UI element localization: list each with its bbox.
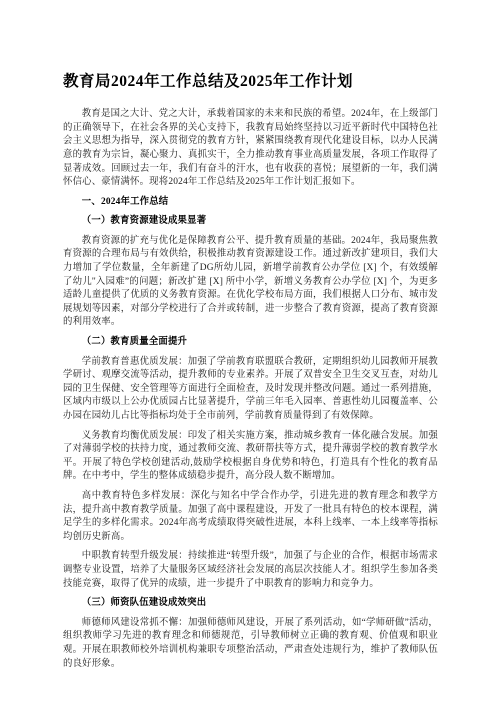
subsection-heading-teachers: （三）师资队伍建设成效突出 <box>63 597 438 611</box>
compulsory-education-paragraph: 义务教育均衡优质发展：印发了相关实施方案，推动城乡教育一体化融合发展。加强了对薄… <box>63 430 438 484</box>
teacher-ethics-paragraph: 师德师风建设常抓不懈：加强师德师风建设，开展了系列活动，如“学师研做”活动，组织… <box>63 617 438 671</box>
vocational-paragraph: 中职教育转型升级发展：持续推进“转型升级”，加强了与企业的合作，根据市场需求调整… <box>63 550 438 591</box>
resources-paragraph: 教育资源的扩充与优化是保障教育公平、提升教育质量的基础。2024年，我局聚焦教育… <box>63 235 438 330</box>
subsection-heading-quality: （二）教育质量全面提升 <box>63 336 438 350</box>
section-heading-2024-summary: 一、2024年工作总结 <box>63 196 438 210</box>
subsection-heading-resources: （一）教育资源建设成果显著 <box>63 215 438 229</box>
document-page: 教育局2024年工作总结及2025年工作计划 教育是国之大计、党之大计，承载着国… <box>0 0 500 707</box>
document-content: 教育局2024年工作总结及2025年工作计划 教育是国之大计、党之大计，承载着国… <box>63 72 438 677</box>
preschool-paragraph: 学前教育普惠优质发展：加强了学前教育联盟联合教研，定期组织幼儿园教师开展教学研讨… <box>63 356 438 424</box>
intro-paragraph: 教育是国之大计、党之大计，承载着国家的未来和民族的希望。2024年，在上级部门的… <box>63 108 438 190</box>
highschool-paragraph: 高中教育特色多样发展：深化与知名中学合作办学，引进先进的教育理念和教学方法，提升… <box>63 490 438 544</box>
document-title: 教育局2024年工作总结及2025年工作计划 <box>63 72 438 92</box>
